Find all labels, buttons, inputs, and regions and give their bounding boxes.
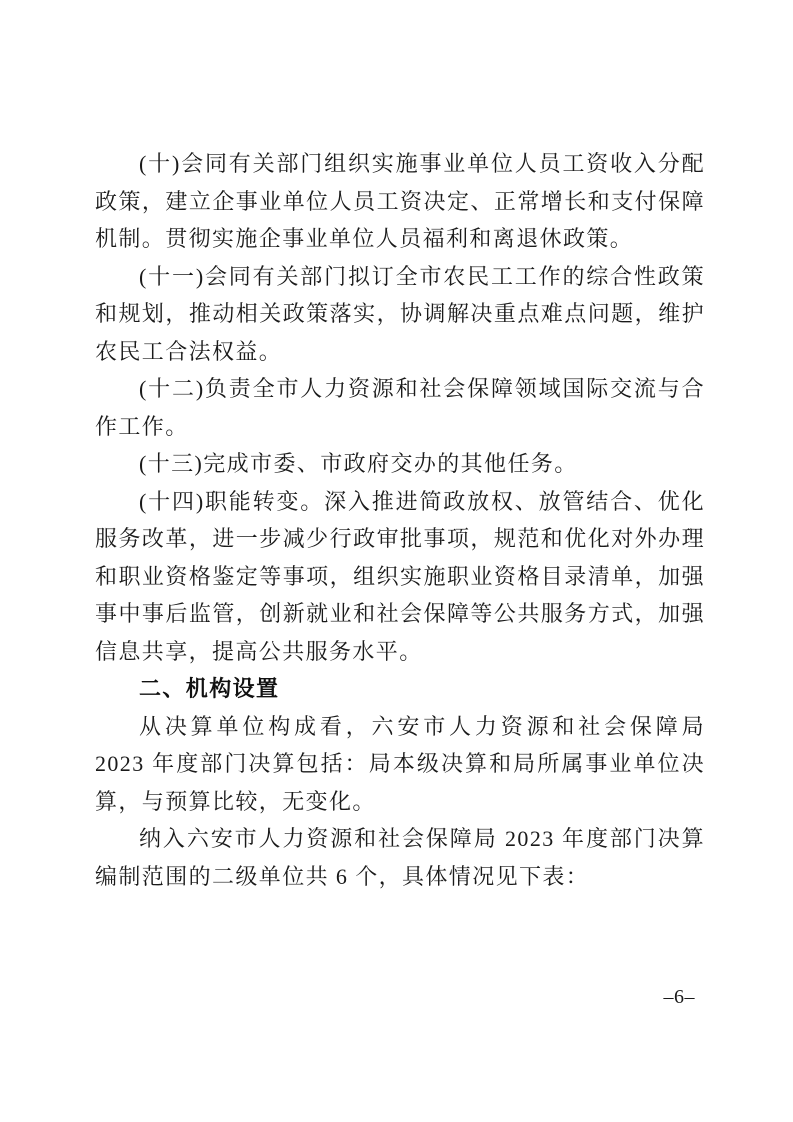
paragraph-duty-11: (十一)会同有关部门拟订全市农民工工作的综合性政策和规划，推动相关政策落实，协调… (95, 258, 705, 371)
paragraph-org-composition: 从决算单位构成看，六安市人力资源和社会保障局 2023 年度部门决算包括：局本级… (95, 708, 705, 821)
document-body: (十)会同有关部门组织实施事业单位人员工资收入分配政策，建立企事业单位人员工资决… (95, 145, 705, 895)
paragraph-duty-10: (十)会同有关部门组织实施事业单位人员工资收入分配政策，建立企事业单位人员工资决… (95, 145, 705, 258)
page-number: –6– (664, 986, 696, 1008)
paragraph-duty-13: (十三)完成市委、市政府交办的其他任务。 (95, 445, 705, 483)
paragraph-duty-12: (十二)负责全市人力资源和社会保障领域国际交流与合作工作。 (95, 370, 705, 445)
paragraph-org-secondary-units: 纳入六安市人力资源和社会保障局 2023 年度部门决算编制范围的二级单位共 6 … (95, 820, 705, 895)
document-page: (十)会同有关部门组织实施事业单位人员工资收入分配政策，建立企事业单位人员工资决… (0, 0, 793, 1122)
page-footer: –6– (664, 986, 696, 1009)
paragraph-duty-14: (十四)职能转变。深入推进简政放权、放管结合、优化服务改革，进一步减少行政审批事… (95, 483, 705, 671)
section-heading-organization-setup: 二、机构设置 (95, 670, 705, 708)
